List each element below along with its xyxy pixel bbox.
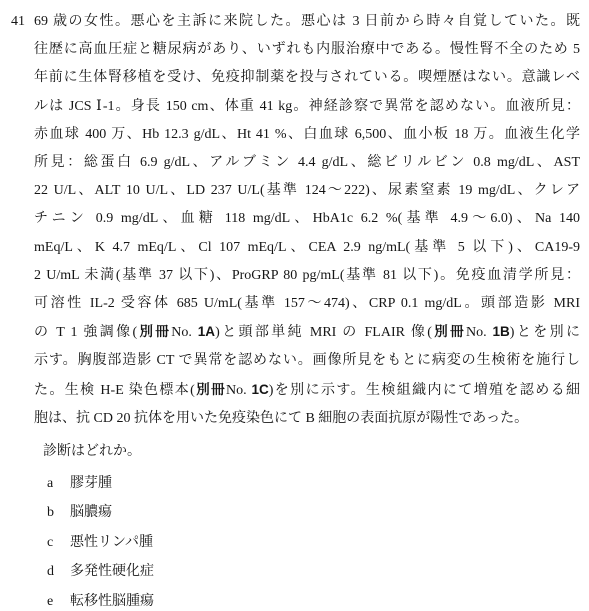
booklet-reference: 1B <box>493 324 510 339</box>
option-text: 脳膿瘍 <box>70 498 589 527</box>
line-text: )と頭部単純 MRI の FLAIR 像( <box>215 325 432 340</box>
option-c: c悪性リンパ腫 <box>47 528 589 557</box>
line-text: No. <box>226 383 252 398</box>
paragraph-line: 2 U/mL 未満(基準 37 以下)、ProGRP 80 pg/mL(基準 8… <box>34 262 580 290</box>
line-text: の T 1 強調像( <box>34 325 137 340</box>
paragraph-line: 示す。胸腹部造影 CT で異常を認めない。画像所見をもとに病変の生検術を施行し <box>34 347 580 375</box>
paragraph-line: 可溶性 IL-2 受容体 685 U/mL(基準 157～474)、CRP 0.… <box>34 290 580 318</box>
option-letter: e <box>47 587 70 611</box>
line-text: た。生検 H-E 染色標本( <box>34 383 195 398</box>
option-a: a膠芽腫 <box>47 469 589 498</box>
option-e: e転移性脳腫瘍 <box>47 587 589 611</box>
line-text: 2 U/mL 未満(基準 37 以下)、ProGRP 80 pg/mL(基準 8… <box>34 268 580 283</box>
paragraph-line: ルは JCS Ⅰ-1。身長 150 cm、体重 41 kg。神経診察で異常を認め… <box>34 93 580 121</box>
line-text: mEq/L、K 4.7 mEq/L、Cl 107 mEq/L、CEA 2.9 n… <box>34 240 580 255</box>
line-text: No. <box>466 325 493 340</box>
question-prompt: 診断はどれか。 <box>43 437 589 467</box>
booklet-reference: 別冊 <box>195 382 226 397</box>
question-number: 41 <box>11 8 25 36</box>
option-d: d多発性硬化症 <box>47 557 589 586</box>
paragraph-line: の T 1 強調像(別冊No. 1A)と頭部単純 MRI の FLAIR 像(別… <box>34 318 580 347</box>
paragraph-line: 年前に生体腎移植を受け、免疫抑制薬を投与されている。喫煙歴はない。意識レベ <box>34 64 580 92</box>
line-text: 可溶性 IL-2 受容体 685 U/mL(基準 157～474)、CRP 0.… <box>34 296 580 311</box>
booklet-reference: 1A <box>198 324 215 339</box>
line-text: )を別に示す。生検組織内にて増殖を認める細 <box>269 383 580 398</box>
paragraph-line: チニン 0.9 mg/dL、血糖 118 mg/dL、HbA1c 6.2 %(基… <box>34 205 580 233</box>
line-text: No. <box>171 325 198 340</box>
paragraph-line: た。生検 H-E 染色標本(別冊No. 1C)を別に示す。生検組織内にて増殖を認… <box>34 376 580 405</box>
option-text: 転移性脳腫瘍 <box>70 587 589 611</box>
paragraph-line: 赤血球 400 万、Hb 12.3 g/dL、Ht 41 %、白血球 6,500… <box>34 121 580 149</box>
options-list: a膠芽腫b脳膿瘍c悪性リンパ腫d多発性硬化症e転移性脳腫瘍 <box>0 469 589 611</box>
line-text: 所見：総蛋白 6.9 g/dL、アルブミン 4.4 g/dL、総ビリルビン 0.… <box>34 155 580 170</box>
line-text: 往歴に高血圧症と糖尿病があり、いずれも内服治療中である。慢性腎不全のため 5 <box>34 42 580 57</box>
paragraph-line: 往歴に高血圧症と糖尿病があり、いずれも内服治療中である。慢性腎不全のため 5 <box>34 36 580 64</box>
option-letter: c <box>47 528 70 557</box>
line-text: 22 U/L、ALT 10 U/L、LD 237 U/L(基準 124～222)… <box>34 183 580 198</box>
option-b: b脳膿瘍 <box>47 498 589 527</box>
option-text: 多発性硬化症 <box>70 557 589 586</box>
line-text: 示す。胸腹部造影 CT で異常を認めない。画像所見をもとに病変の生検術を施行し <box>34 353 580 368</box>
option-text: 悪性リンパ腫 <box>70 528 589 557</box>
line-text: )とを別に <box>510 325 580 340</box>
line-text: 69 歳の女性。悪心を主訴に来院した。悪心は 3 日前から時々自覚していた。既 <box>34 14 580 29</box>
booklet-reference: 1C <box>251 382 268 397</box>
paragraph-line: 22 U/L、ALT 10 U/L、LD 237 U/L(基準 124～222)… <box>34 177 580 205</box>
option-letter: d <box>47 557 70 586</box>
paragraph-line: 所見：総蛋白 6.9 g/dL、アルブミン 4.4 g/dL、総ビリルビン 0.… <box>34 149 580 177</box>
option-letter: a <box>47 469 70 498</box>
booklet-reference: 別冊 <box>432 324 466 339</box>
line-text: 年前に生体腎移植を受け、免疫抑制薬を投与されている。喫煙歴はない。意識レベ <box>34 70 580 85</box>
paragraph-line: 胞は、抗 CD 20 抗体を用いた免疫染色にて B 細胞の表面抗原が陽性であった… <box>34 405 580 433</box>
paragraph-line: mEq/L、K 4.7 mEq/L、Cl 107 mEq/L、CEA 2.9 n… <box>34 234 580 262</box>
line-text: チニン 0.9 mg/dL、血糖 118 mg/dL、HbA1c 6.2 %(基… <box>34 211 580 226</box>
question-paragraph: 69 歳の女性。悪心を主訴に来院した。悪心は 3 日前から時々自覚していた。既往… <box>34 0 580 433</box>
line-text: ルは JCS Ⅰ-1。身長 150 cm、体重 41 kg。神経診察で異常を認め… <box>34 99 580 114</box>
exam-question-page: 41 69 歳の女性。悪心を主訴に来院した。悪心は 3 日前から時々自覚していた… <box>0 0 589 611</box>
booklet-reference: 別冊 <box>137 324 171 339</box>
option-text: 膠芽腫 <box>70 469 589 498</box>
line-text: 赤血球 400 万、Hb 12.3 g/dL、Ht 41 %、白血球 6,500… <box>34 127 580 142</box>
paragraph-line: 69 歳の女性。悪心を主訴に来院した。悪心は 3 日前から時々自覚していた。既 <box>34 8 580 36</box>
option-letter: b <box>47 498 70 527</box>
line-text: 胞は、抗 CD 20 抗体を用いた免疫染色にて B 細胞の表面抗原が陽性であった… <box>34 411 528 426</box>
